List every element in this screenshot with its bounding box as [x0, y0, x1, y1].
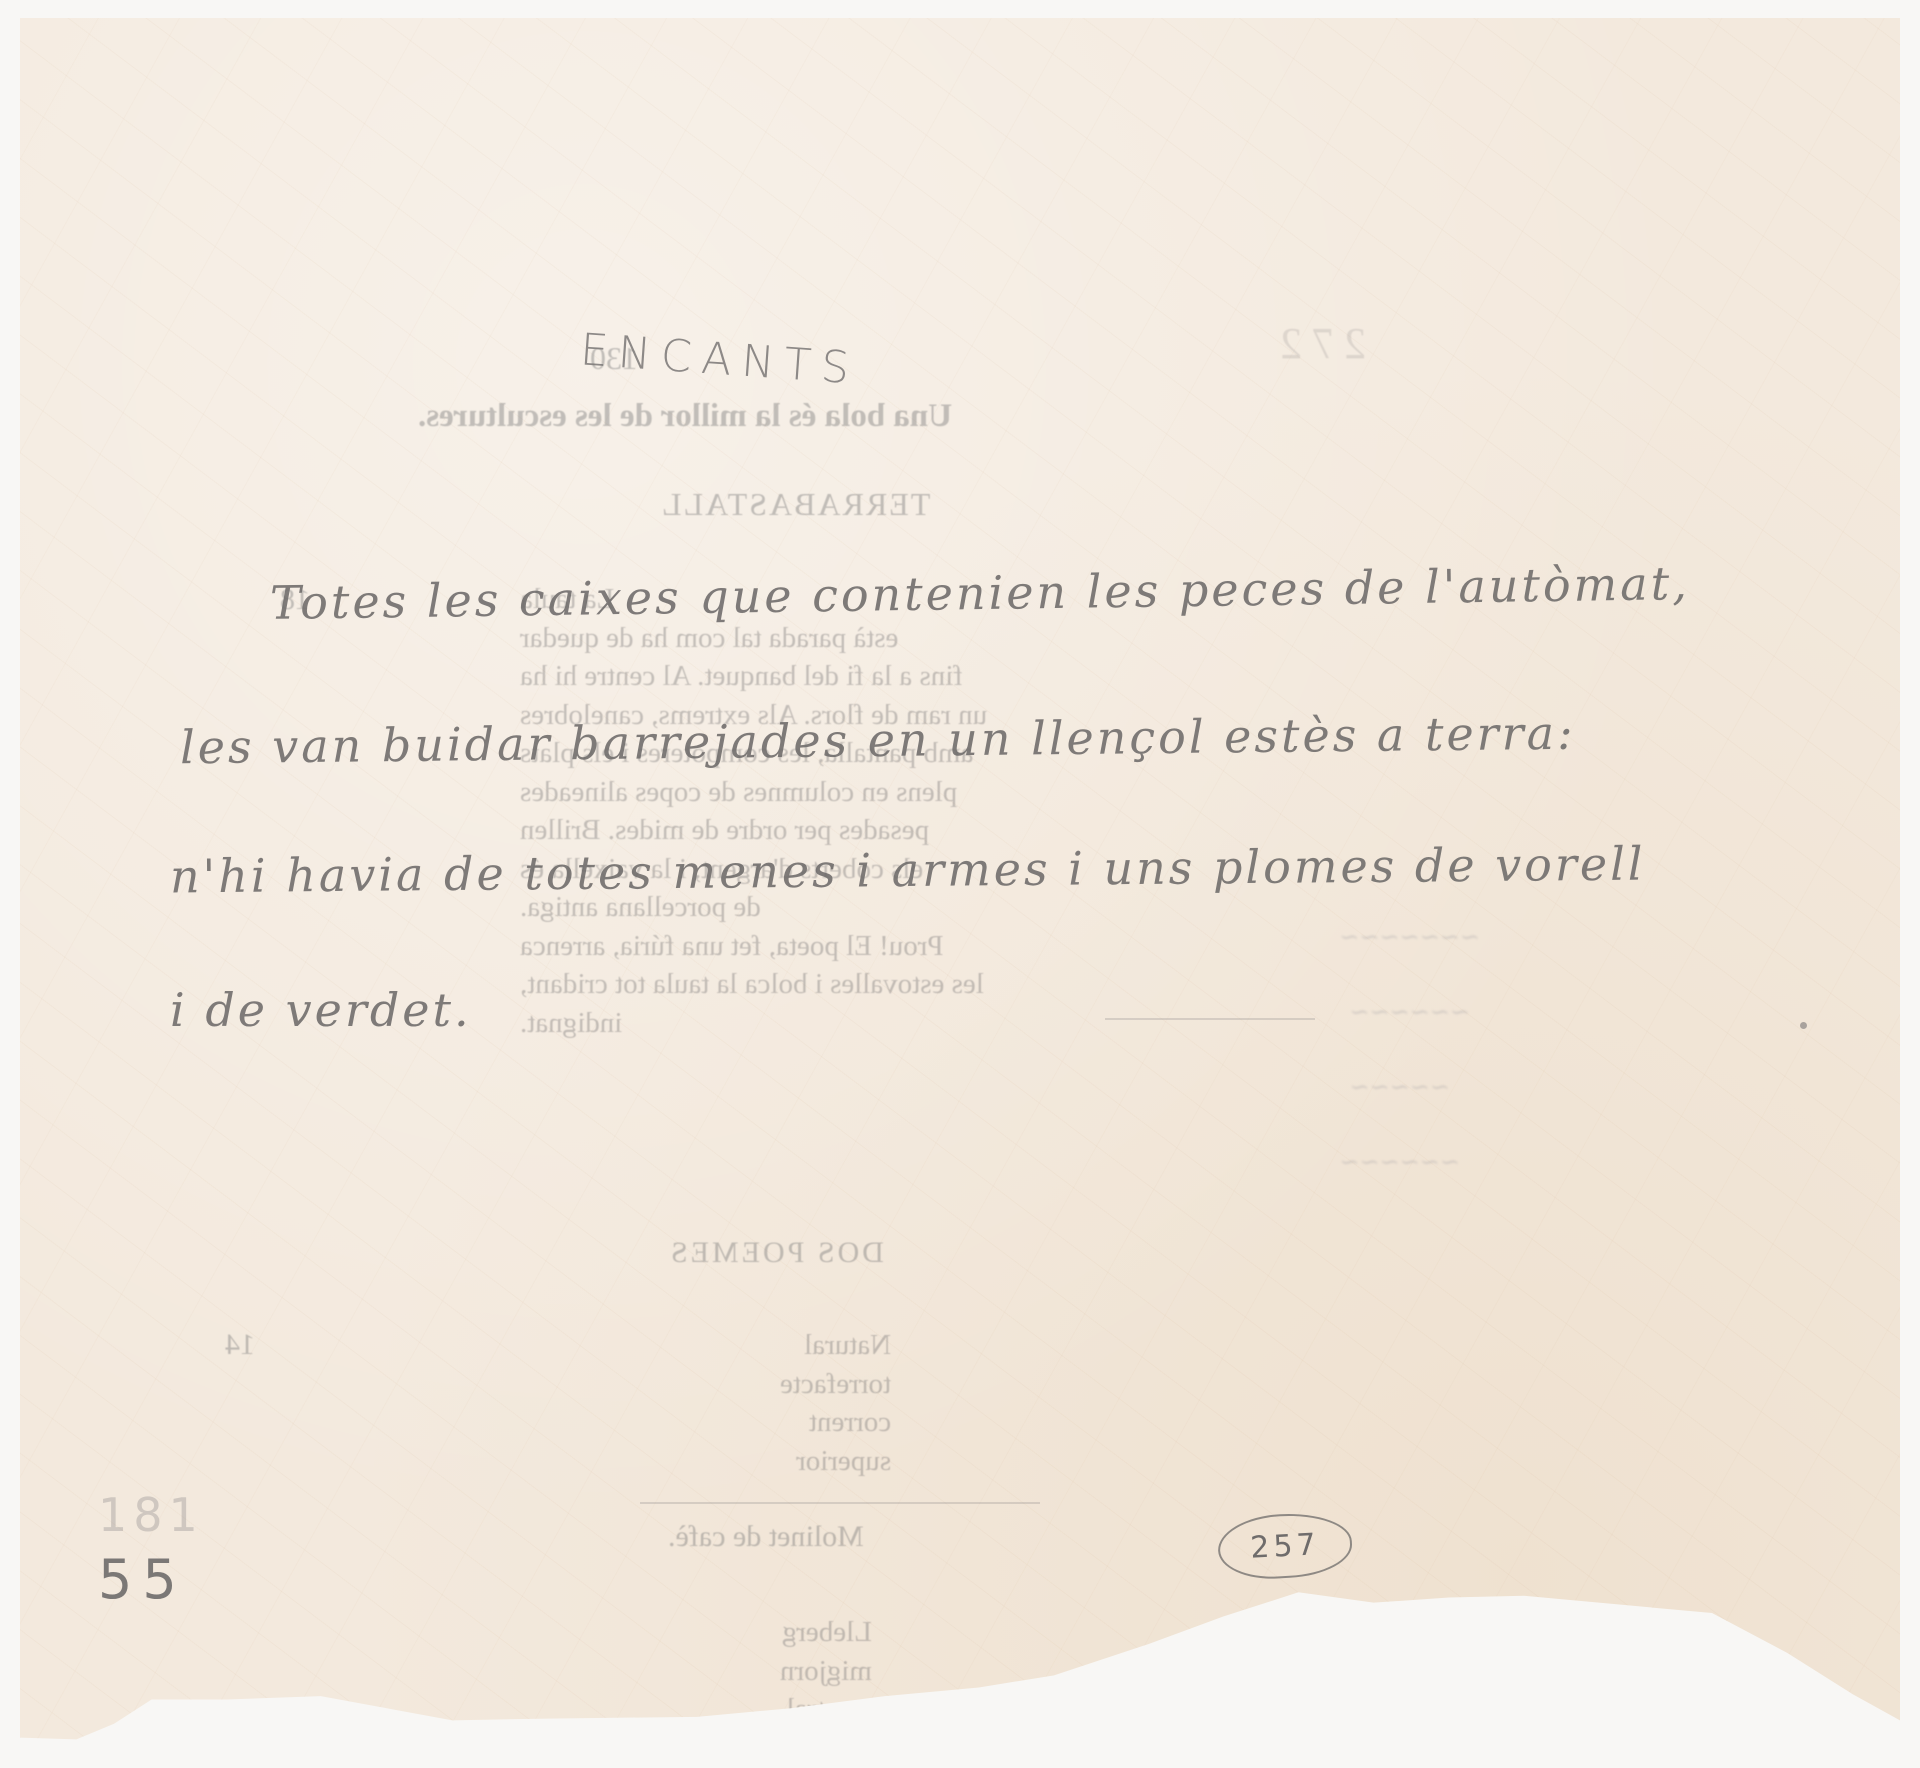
show-through-poem-2: Natural torrefacte corrent superior [780, 1326, 891, 1480]
poem-line: migjorn [780, 1652, 872, 1691]
poem-line: les estovalles i bolca la taula tot crid… [520, 965, 987, 1004]
handwritten-line-4: i de verdet. [170, 983, 472, 1037]
show-through-epigraph: Una bola és la millor de les escultures. [418, 398, 952, 435]
show-through-handwriting-2: ~~~~~~ [1230, 998, 1470, 1026]
poem-line: plens en columnes de copes alineades [520, 773, 987, 812]
show-through-right-number: 272 [1270, 318, 1366, 369]
show-through-caption: Molinet de cafè. [668, 1520, 864, 1554]
show-through-section-title-2: DOS POEMES [668, 1236, 884, 1270]
show-through-handwriting-3: ~~~~~ [1250, 1073, 1450, 1101]
show-through-handwriting-1: ~~~~~~~ [1220, 923, 1480, 951]
poem-line: indignat. [520, 1004, 987, 1043]
handwritten-line-3: n'hi havia de totes menes i armes i uns … [170, 837, 1646, 904]
faint-page-number: 181 [98, 1488, 204, 1542]
poem-line: Lleberg [780, 1613, 872, 1652]
poem-line: fins a la fi del banquet. Al centre hi h… [520, 657, 987, 696]
show-through-section-title: TERRABASTALL [660, 486, 930, 523]
paper-sheet: 130 Una bola és la millor de les escultu… [20, 18, 1900, 1748]
show-through-rule-2 [640, 1502, 1040, 1504]
show-through-margin-number-2: 14 [225, 1328, 255, 1362]
handwritten-line-2: les van buidar barrejades en un llençol … [180, 706, 1576, 775]
circled-archive-number-text: 257 [1249, 1527, 1320, 1566]
poem-line: Natural [780, 1326, 891, 1365]
pencil-dot [1800, 1022, 1807, 1029]
poem-line: superior [780, 1442, 891, 1481]
handwritten-line-1: Totes les caixes que contenien les peces… [270, 556, 1690, 630]
poem-line: Prou! El poeta, fet una fúria, arrenca [520, 927, 987, 966]
poem-line: corrent [780, 1403, 891, 1442]
circled-archive-number: 257 [1216, 1511, 1353, 1582]
handwritten-title: ENCANTS [579, 324, 861, 394]
show-through-handwriting-4: ~~~~~~ [1240, 1148, 1460, 1176]
poem-line: torrefacte [780, 1365, 891, 1404]
show-through-poem-1: La taula està parada tal com ha de queda… [520, 580, 987, 1042]
handwritten-page-number: 55 [98, 1548, 187, 1611]
